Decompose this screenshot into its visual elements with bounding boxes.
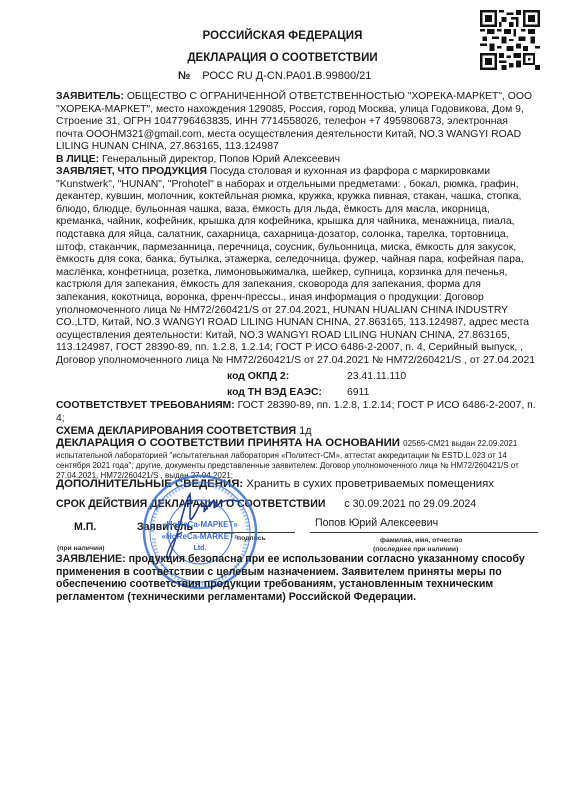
svg-text:Ltd.: Ltd.: [194, 545, 207, 552]
person-text: Генеральный директор, Попов Юрий Алексее…: [102, 154, 340, 165]
statement-section: ЗАЯВЛЕНИЕ: продукция безопасна при ее ис…: [56, 553, 536, 603]
tnved-value: 6911: [347, 387, 369, 398]
conforms-label: СООТВЕТСТВУЕТ ТРЕБОВАНИЯМ:: [56, 400, 235, 411]
okpd-code: код ОКПД 2:23.41.11.110: [227, 371, 406, 382]
basis-value: 02565-СМ21 выдан 22.09.2021: [403, 439, 517, 448]
product-section: ЗАЯВЛЯЕТ, ЧТО ПРОДУКЦИЯ Посуда столовая …: [56, 166, 536, 368]
extra-section: ДОПОЛНИТЕЛЬНЫЕ СВЕДЕНИЯ: Хранить в сухих…: [56, 478, 536, 491]
applicant-label: ЗАЯВИТЕЛЬ:: [56, 91, 124, 102]
name-caption-note: (последнее при наличии): [373, 546, 458, 553]
basis-text: испытательной лабораторией "испытательна…: [56, 451, 536, 481]
scheme-section: СХЕМА ДЕКЛАРИРОВАНИЯ СООТВЕТСТВИЯ 1д: [56, 425, 536, 438]
scheme-label: СХЕМА ДЕКЛАРИРОВАНИЯ СООТВЕТСТВИЯ: [56, 425, 296, 437]
applicant-section: ЗАЯВИТЕЛЬ: ОБЩЕСТВО С ОГРАНИЧЕННОЙ ОТВЕТ…: [56, 91, 536, 167]
tnved-code: код ТН ВЭД ЕАЭС:6911: [227, 387, 369, 398]
number-value: РОСС RU Д-CN.РА01.В.99800/21: [202, 70, 371, 82]
tnved-label: код ТН ВЭД ЕАЭС:: [227, 387, 347, 398]
declaration-number: №РОСС RU Д-CN.РА01.В.99800/21: [178, 70, 371, 82]
declaration-page: РОССИЙСКАЯ ФЕДЕРАЦИЯ ДЕКЛАРАЦИЯ О СООТВЕ…: [0, 0, 565, 800]
name-line: [310, 532, 538, 533]
svg-text:«HoReCa-MARKET»: «HoReCa-MARKET»: [162, 532, 239, 541]
seal-note: (при наличии): [57, 545, 105, 552]
conforms-section: СООТВЕТСТВУЕТ ТРЕБОВАНИЯМ: ГОСТ 28390-89…: [56, 400, 536, 425]
okpd-label: код ОКПД 2:: [227, 371, 347, 382]
basis-heading: ДЕКЛАРАЦИЯ О СООТВЕТСТВИИ ПРИНЯТА НА ОСН…: [56, 437, 536, 451]
seal-place-label: М.П.: [74, 521, 96, 533]
scheme-value: 1д: [299, 425, 311, 437]
okpd-value: 23.41.11.110: [347, 371, 406, 382]
basis-label: ДЕКЛАРАЦИЯ О СООТВЕТСТВИИ ПРИНЯТА НА ОСН…: [56, 437, 400, 449]
extra-text: Хранить в сухих проветриваемых помещения…: [246, 478, 494, 490]
product-label: ЗАЯВЛЯЕТ, ЧТО ПРОДУКЦИЯ: [56, 166, 207, 177]
applicant-text: ОБЩЕСТВО С ОГРАНИЧЕННОЙ ОТВЕТСТВЕННОСТЬЮ…: [56, 91, 532, 152]
svg-text:«HoReCa-МАРКЕТ»: «HoReCa-МАРКЕТ»: [162, 520, 238, 529]
person-label: В ЛИЦЕ:: [56, 154, 99, 165]
validity-section: СРОК ДЕЙСТВИЯ ДЕКЛАРАЦИИ О СООТВЕТСТВИИ …: [56, 498, 536, 511]
validity-value: с 30.09.2021 по 29.09.2024: [344, 498, 476, 510]
name-caption: фамилия, имя, отчество: [380, 537, 462, 544]
product-text: Посуда столовая и кухонная из фарфора с …: [56, 166, 535, 366]
signer-name: Попов Юрий Алексеевич: [315, 517, 438, 529]
number-label: №: [178, 70, 190, 82]
qr-code-icon: [480, 10, 540, 70]
